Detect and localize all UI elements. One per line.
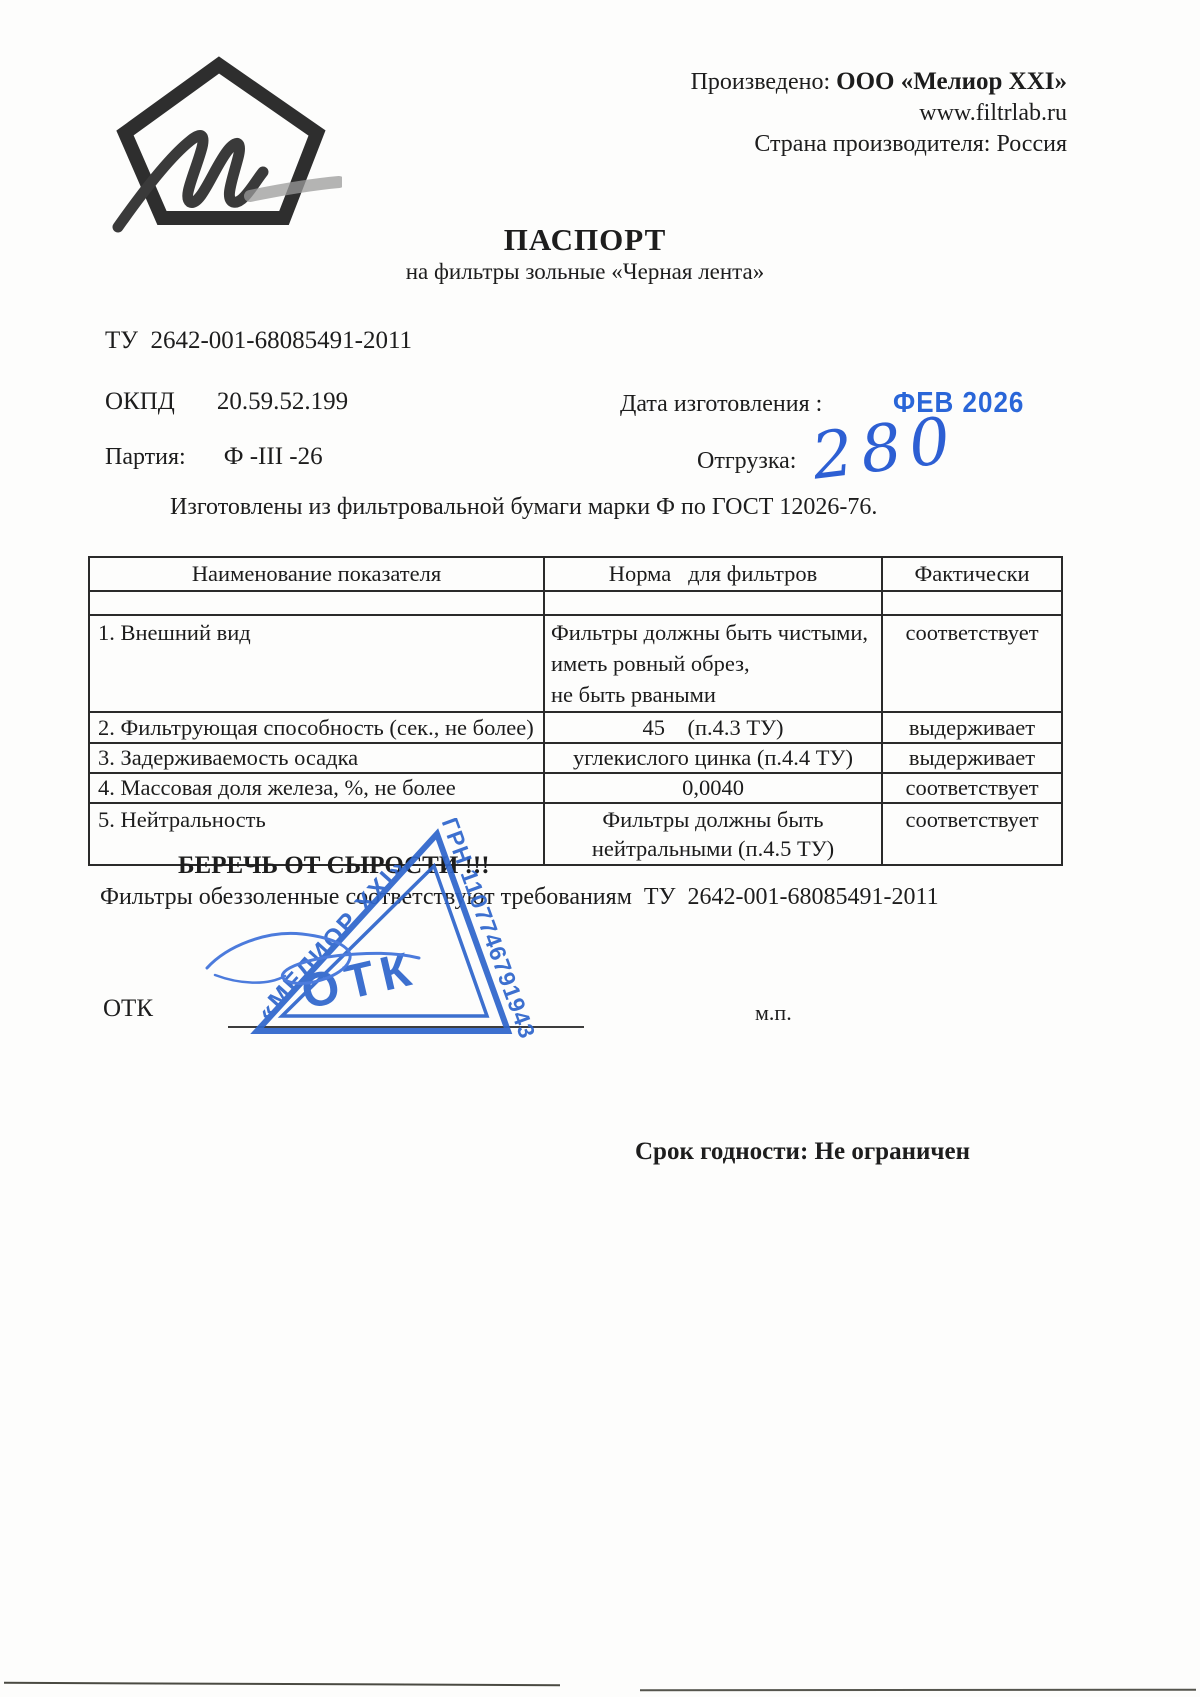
website: www.filtrlab.ru [691, 98, 1067, 129]
table-spacer-row [89, 591, 1062, 615]
signature-flourish [215, 975, 285, 983]
row4-name: 4. Массовая доля железа, %, не более [89, 773, 544, 803]
table-header-row: Наименование показателя Норма для фильтр… [89, 557, 1062, 591]
manufacture-date-label: Дата изготовления : [620, 391, 822, 418]
shipment-handwritten-value: 280 [808, 403, 962, 494]
country-line: Страна производителя: Россия [691, 129, 1067, 160]
row3-actual: выдерживает [882, 743, 1062, 773]
tu-number: ТУ 2642-001-68085491-2011 [105, 327, 412, 355]
col-header-name: Наименование показателя [89, 557, 544, 591]
shelf-life-line: Срок годности: Не ограничен [635, 1138, 970, 1166]
made-from-line: Изготовлены из фильтровальной бумаги мар… [170, 494, 877, 521]
row1-actual: соответствует [882, 615, 1062, 712]
batch-line: Партия:Ф -III -26 [105, 443, 323, 471]
page-title: ПАСПОРТ [0, 222, 1170, 258]
producer-block: Произведено: ООО «Мелиор XXI» www.filtrl… [691, 66, 1067, 160]
table-row: 2. Фильтрующая способность (сек., не бол… [89, 712, 1062, 743]
table-row: 1. Внешний вид Фильтры должны быть чисты… [89, 615, 1062, 712]
mp-label: м.п. [755, 1000, 792, 1026]
row3-norm: углекислого цинка (п.4.4 ТУ) [544, 743, 882, 773]
col-header-actual: Фактически [882, 557, 1062, 591]
row3-name: 3. Задерживаемость осадка [89, 743, 544, 773]
batch-label: Партия: [105, 444, 186, 470]
row1-name: 1. Внешний вид [89, 615, 544, 712]
row4-actual: соответствует [882, 773, 1062, 803]
row4-norm: 0,0040 [544, 773, 882, 803]
producer-name: ООО «Мелиор XXI» [836, 68, 1067, 95]
batch-value: Ф -III -26 [224, 443, 323, 470]
pentagon-m-logo-icon [112, 55, 342, 235]
row5-actual: соответствует [882, 803, 1062, 865]
scan-artifact-line [640, 1689, 1196, 1691]
row2-actual: выдерживает [882, 712, 1062, 743]
row2-name: 2. Фильтрующая способность (сек., не бол… [89, 712, 544, 743]
okpd-value: 20.59.52.199 [217, 388, 348, 415]
col-header-norm: Норма для фильтров [544, 557, 882, 591]
otk-triangle-stamp: «МЕЛИОР XXI» ОГРН 1107746791943 ОТК [205, 818, 535, 1058]
produced-label: Произведено: [691, 69, 837, 95]
okpd-line: ОКПД20.59.52.199 [105, 388, 348, 416]
shipment-label: Отгрузка: [697, 448, 796, 475]
table-row: 3. Задерживаемость осадка углекислого ци… [89, 743, 1062, 773]
page-subtitle: на фильтры зольные «Черная лента» [0, 259, 1170, 285]
row2-norm: 45 (п.4.3 ТУ) [544, 712, 882, 743]
row1-norm: Фильтры должны быть чистыми, иметь ровны… [544, 615, 882, 712]
table-row: 4. Массовая доля железа, %, не более 0,0… [89, 773, 1062, 803]
passport-document-page: Произведено: ООО «Мелиор XXI» www.filtrl… [0, 0, 1200, 1697]
produced-line: Произведено: ООО «Мелиор XXI» [691, 66, 1067, 98]
okpd-label: ОКПД [105, 388, 175, 415]
row5-norm: Фильтры должны быть нейтральными (п.4.5 … [544, 803, 882, 865]
scan-artifact-line [4, 1682, 560, 1686]
otk-label: ОТК [103, 995, 153, 1023]
